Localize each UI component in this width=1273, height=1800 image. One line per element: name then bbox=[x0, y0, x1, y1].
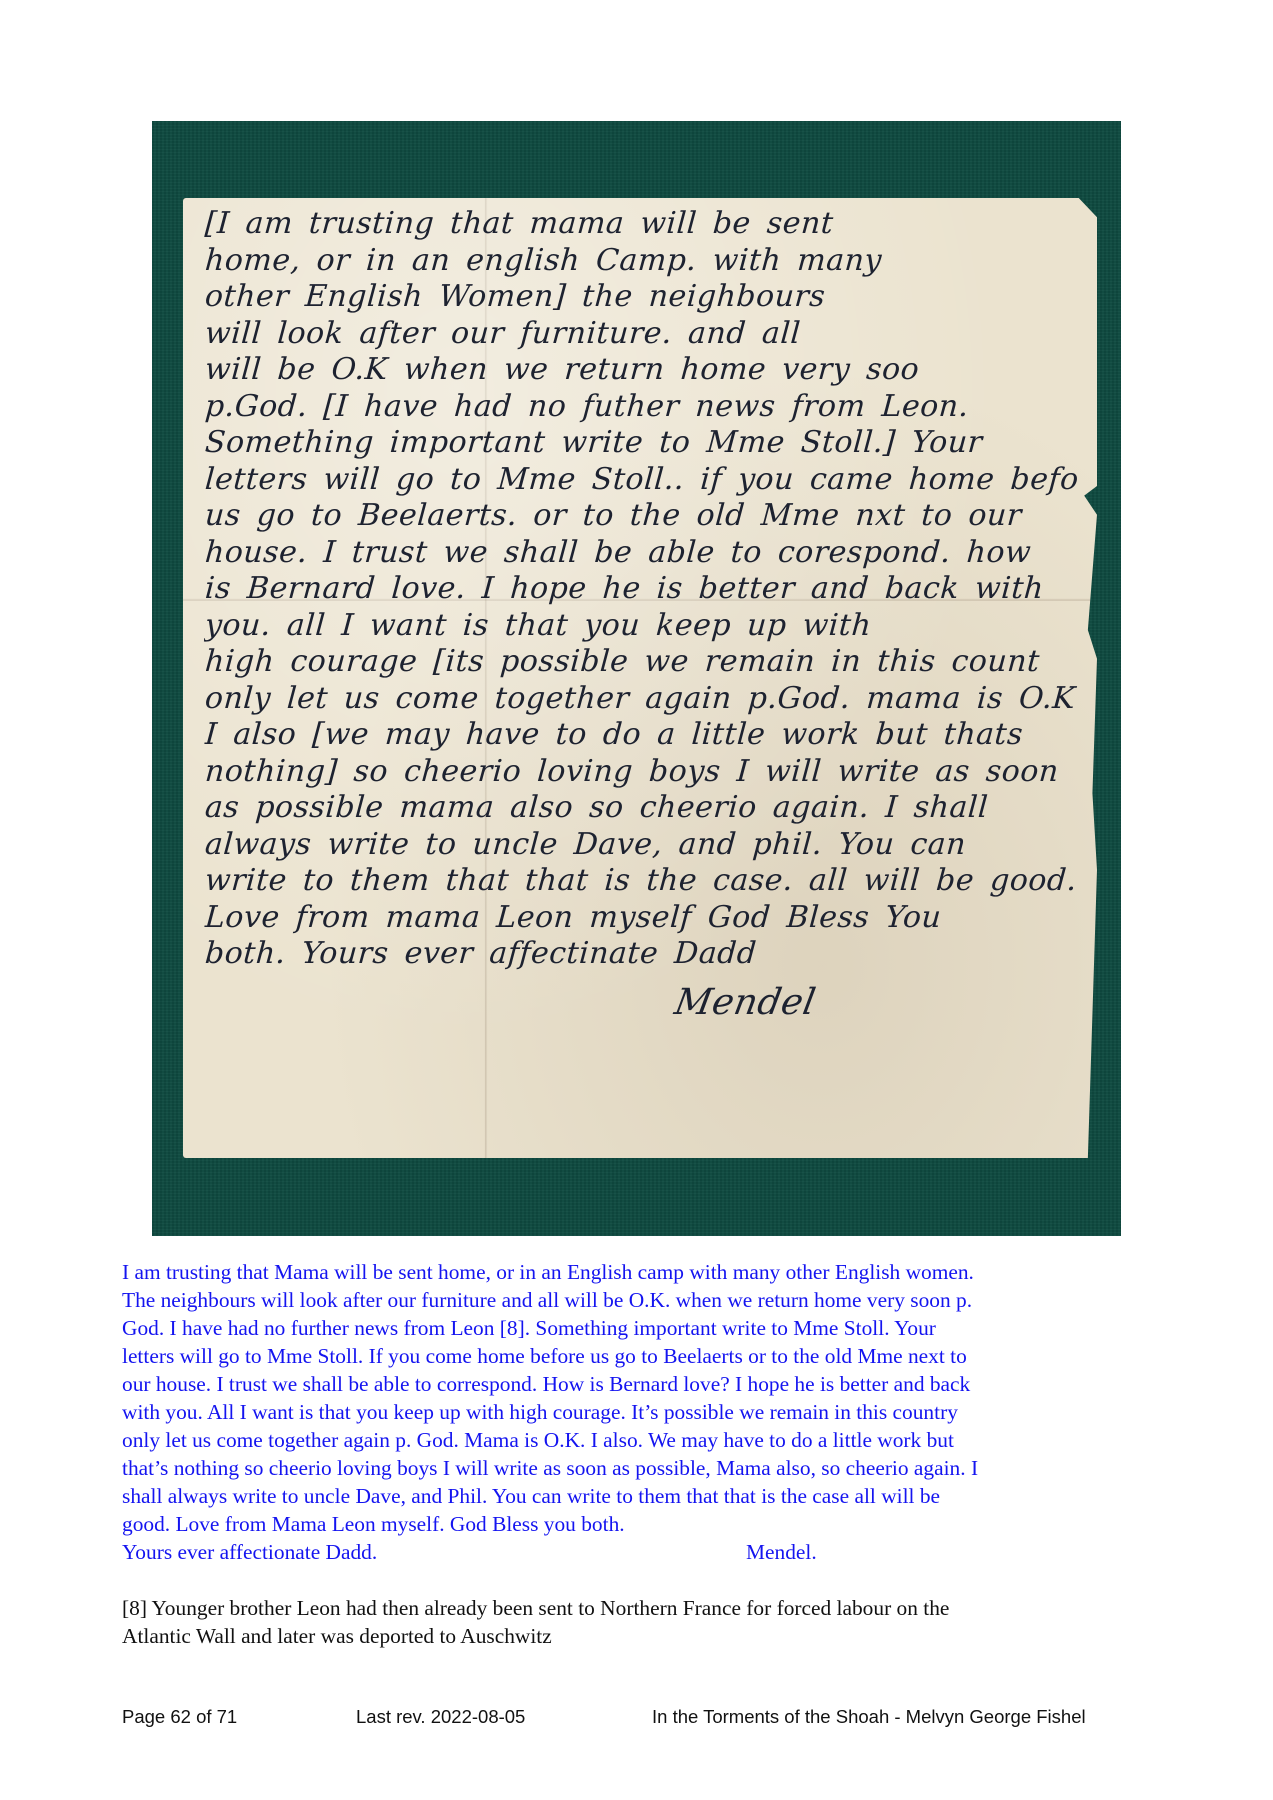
letter-transcription: I am trusting that Mama will be sent hom… bbox=[122, 1258, 1182, 1566]
transcription-signature: Mendel. bbox=[746, 1538, 817, 1566]
handwritten-text: [I am trusting that mama will be sent ho… bbox=[205, 206, 1085, 1021]
handwritten-line: Love from mama Leon myself God Bless You bbox=[204, 900, 1087, 937]
transcription-line: God. I have had no further news from Leo… bbox=[122, 1314, 1182, 1342]
letter-photograph: [I am trusting that mama will be sent ho… bbox=[152, 121, 1121, 1236]
handwritten-line: will be O.K when we return home very soo bbox=[204, 352, 1087, 389]
transcription-line: only let us come together again p. God. … bbox=[122, 1426, 1182, 1454]
handwritten-line: as possible mama also so cheerio again. … bbox=[204, 790, 1087, 827]
handwritten-line: p.God. [I have had no futher news from L… bbox=[204, 389, 1087, 426]
handwritten-line: high courage [its possible we remain in … bbox=[204, 644, 1087, 681]
handwritten-line: other English Women] the neighbours bbox=[204, 279, 1087, 316]
document-title: In the Torments of the Shoah - Melvyn Ge… bbox=[652, 1706, 1086, 1728]
handwritten-letter-paper: [I am trusting that mama will be sent ho… bbox=[183, 198, 1097, 1158]
footnote-line: Atlantic Wall and later was deported to … bbox=[122, 1622, 1182, 1650]
handwritten-line: letters will go to Mme Stoll.. if you ca… bbox=[204, 462, 1087, 499]
transcription-closing: Yours ever affectionate Dadd. bbox=[122, 1540, 377, 1564]
transcription-line: our house. I trust we shall be able to c… bbox=[122, 1370, 1182, 1398]
page-number: Page 62 of 71 bbox=[122, 1706, 237, 1728]
transcription-line: with you. All I want is that you keep up… bbox=[122, 1398, 1182, 1426]
footnote: [8] Younger brother Leon had then alread… bbox=[122, 1594, 1182, 1650]
handwritten-line: only let us come together again p.God. m… bbox=[204, 681, 1087, 718]
transcription-line: letters will go to Mme Stoll. If you com… bbox=[122, 1342, 1182, 1370]
handwritten-line: [I am trusting that mama will be sent bbox=[204, 206, 1087, 243]
transcription-closing-line: Yours ever affectionate Dadd. Mendel. bbox=[122, 1538, 1182, 1566]
transcription-line: I am trusting that Mama will be sent hom… bbox=[122, 1258, 1182, 1286]
handwritten-signature: Mendel bbox=[672, 985, 1088, 1022]
handwritten-line: write to them that that is the case. all… bbox=[204, 863, 1087, 900]
handwritten-line: is Bernard love. I hope he is better and… bbox=[204, 571, 1087, 608]
revision-date: Last rev. 2022-08-05 bbox=[356, 1706, 525, 1728]
transcription-line: that’s nothing so cheerio loving boys I … bbox=[122, 1454, 1182, 1482]
handwritten-line: both. Yours ever affectinate Dadd bbox=[204, 936, 1087, 973]
footnote-line: [8] Younger brother Leon had then alread… bbox=[122, 1594, 1182, 1622]
handwritten-line: home, or in an english Camp. with many bbox=[204, 243, 1087, 280]
handwritten-line: nothing] so cheerio loving boys I will w… bbox=[204, 754, 1087, 791]
transcription-line: good. Love from Mama Leon myself. God Bl… bbox=[122, 1510, 1182, 1538]
transcription-line: shall always write to uncle Dave, and Ph… bbox=[122, 1482, 1182, 1510]
transcription-line: The neighbours will look after our furni… bbox=[122, 1286, 1182, 1314]
handwritten-line: always write to uncle Dave, and phil. Yo… bbox=[204, 827, 1087, 864]
handwritten-line: will look after our furniture. and all bbox=[204, 316, 1087, 353]
handwritten-line: us go to Beelaerts. or to the old Mme nx… bbox=[204, 498, 1087, 535]
handwritten-line: house. I trust we shall be able to cores… bbox=[204, 535, 1087, 572]
handwritten-line: Something important write to Mme Stoll.]… bbox=[204, 425, 1087, 462]
handwritten-line: I also [we may have to do a little work … bbox=[204, 717, 1087, 754]
handwritten-line: you. all I want is that you keep up with bbox=[204, 608, 1087, 645]
page-footer: Page 62 of 71 Last rev. 2022-08-05 In th… bbox=[122, 1706, 1182, 1730]
